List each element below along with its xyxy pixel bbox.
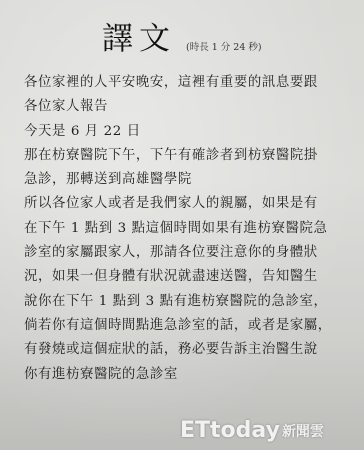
transcript-line: 各位家裡的人平安晚安，這裡有重要的訊息要跟	[24, 71, 344, 95]
document-page: 譯文 (時長 1 分 24 秒) 各位家裡的人平安晚安，這裡有重要的訊息要跟 各…	[0, 0, 364, 450]
transcript-line: 急診，那轉送到高雄醫學院	[24, 168, 344, 192]
transcript-line: 說你在下午 1 點到 3 點有進枋寮醫院的急診室，	[24, 290, 344, 314]
page-title: 譯文	[102, 24, 176, 55]
transcript-line: 各位家人報告	[24, 95, 344, 119]
transcript-line: 你有進枋寮醫院的急診室	[24, 363, 344, 387]
transcript-line: 所以各位家人或者是我們家人的親屬，如果是有	[24, 192, 344, 216]
ettoday-watermark: ETtoday 新聞雲	[180, 418, 324, 443]
transcript-line: 那在枋寮醫院下午，下午有確診者到枋寮醫院掛	[24, 144, 344, 168]
transcript-line: 診室的家屬跟家人，那請各位要注意你的身體狀	[24, 241, 344, 265]
watermark-brand: ETtoday	[180, 418, 280, 443]
transcript-body: 各位家裡的人平安晚安，這裡有重要的訊息要跟 各位家人報告 今天是 6 月 22 …	[24, 71, 344, 387]
transcript-line: 倘若你有這個時間點進急診室的話，或者是家屬，	[24, 314, 344, 338]
transcript-line: 在下午 1 點到 3 點這個時間如果有進枋寮醫院急	[24, 217, 344, 241]
transcript-line: 今天是 6 月 22 日	[24, 120, 344, 144]
transcript-line: 況，如果一但身體有狀況就盡速送醫，告知醫生	[24, 265, 344, 289]
duration-note: (時長 1 分 24 秒)	[186, 39, 262, 53]
transcript-line: 有發燒或這個症狀的話，務必要告訴主治醫生說	[24, 338, 344, 362]
watermark-suffix: 新聞雲	[282, 421, 324, 441]
title-block: 譯文 (時長 1 分 24 秒)	[102, 24, 262, 55]
